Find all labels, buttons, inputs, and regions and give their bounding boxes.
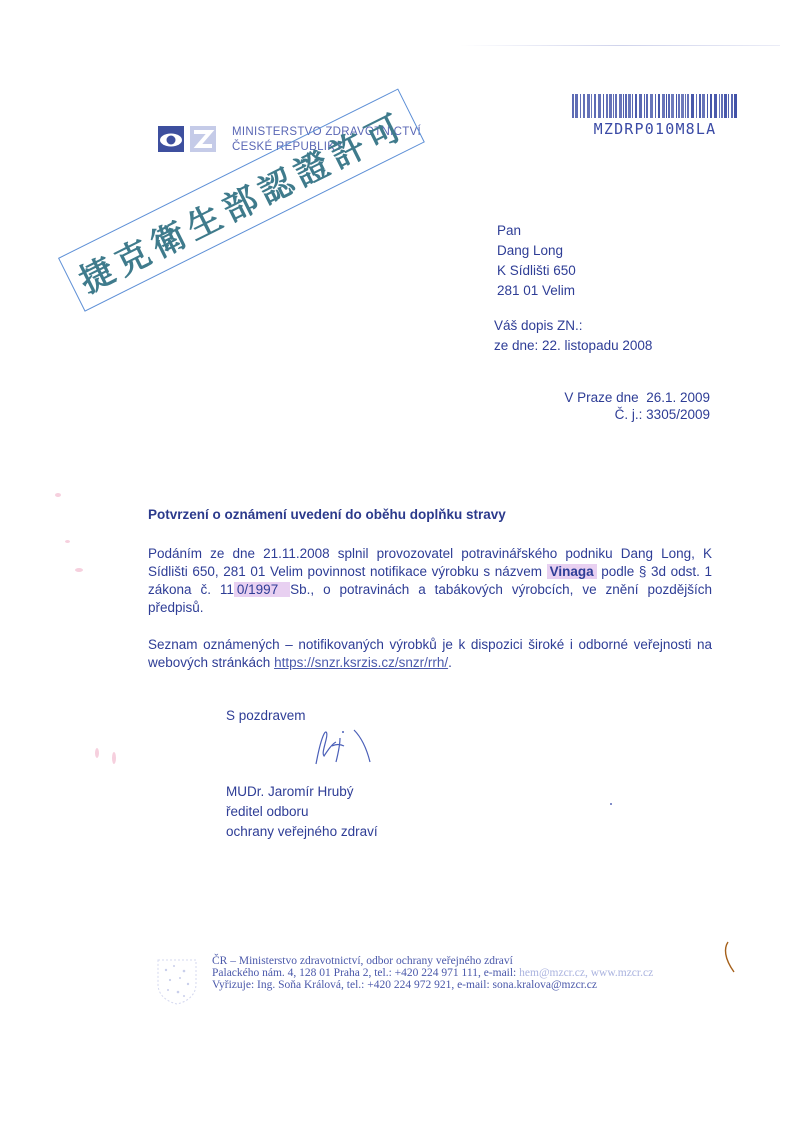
place-and-date: V Praze dne 26.1. 2009 <box>540 389 710 406</box>
body-paragraph-1: Podáním ze dne 21.11.2008 splnil provozo… <box>148 545 712 617</box>
scan-speck <box>65 540 70 543</box>
state-emblem-icon <box>154 956 200 1006</box>
recipient-name: Dang Long <box>497 241 576 261</box>
scan-speck <box>75 568 83 572</box>
signer-title-line2: ochrany veřejného zdraví <box>226 822 378 842</box>
reference-block: Váš dopis ZN.: ze dne: 22. listopadu 200… <box>494 316 652 356</box>
footer-line-2: Palackého nám. 4, 128 01 Praha 2, tel.: … <box>212 967 653 979</box>
p2-text-b: . <box>448 655 452 670</box>
scan-speck <box>112 752 116 764</box>
your-letter-label: Váš dopis ZN.: <box>494 316 652 336</box>
product-name-highlight: Vinaga <box>547 564 597 579</box>
barcode-number: MZDRP010M8LA <box>560 120 750 138</box>
signer-block: MUDr. Jaromír Hrubý ředitel odboru ochra… <box>226 782 378 842</box>
scan-speck <box>55 493 61 497</box>
footer-line-3: Vyřizuje: Ing. Soňa Králová, tel.: +420 … <box>212 979 653 991</box>
footer-email-web[interactable]: hem@mzcr.cz, www.mzcr.cz <box>519 967 653 979</box>
law-number-highlight: 0/1997 <box>234 582 290 597</box>
registry-link[interactable]: https://snzr.ksrzis.cz/snzr/rrh/ <box>274 655 448 670</box>
recipient-street: K Sídlišti 650 <box>497 261 576 281</box>
scan-line-artifact <box>460 45 780 46</box>
closing-greeting: S pozdravem <box>226 708 306 723</box>
ministry-eye-logo-icon <box>158 126 216 152</box>
scan-speck <box>95 748 99 758</box>
footer-contact: ČR – Ministerstvo zdravotnictví, odbor o… <box>212 955 653 991</box>
your-letter-date: ze dne: 22. listopadu 2008 <box>494 336 652 356</box>
recipient-salutation: Pan <box>497 221 576 241</box>
recipient-address: Pan Dang Long K Sídlišti 650 281 01 Veli… <box>497 221 576 301</box>
signer-title-line1: ředitel odboru <box>226 802 378 822</box>
barcode-icon <box>572 94 737 118</box>
scan-speck <box>610 803 612 805</box>
body-paragraph-2: Seznam oznámených – notifikovaných výrob… <box>148 636 712 672</box>
reference-number: Č. j.: 3305/2009 <box>540 406 710 423</box>
signer-name: MUDr. Jaromír Hrubý <box>226 782 378 802</box>
signature-icon <box>310 724 380 769</box>
footer-address: Palackého nám. 4, 128 01 Praha 2, tel.: … <box>212 967 519 979</box>
certification-stamp: 捷克衛生部認證許可 <box>58 88 425 311</box>
pen-mark-artifact <box>722 940 742 976</box>
footer-line-1: ČR – Ministerstvo zdravotnictví, odbor o… <box>212 955 653 967</box>
date-block: V Praze dne 26.1. 2009 Č. j.: 3305/2009 <box>540 389 710 423</box>
letter-subject: Potvrzení o oznámení uvedení do oběhu do… <box>148 507 506 522</box>
recipient-city: 281 01 Velim <box>497 281 576 301</box>
